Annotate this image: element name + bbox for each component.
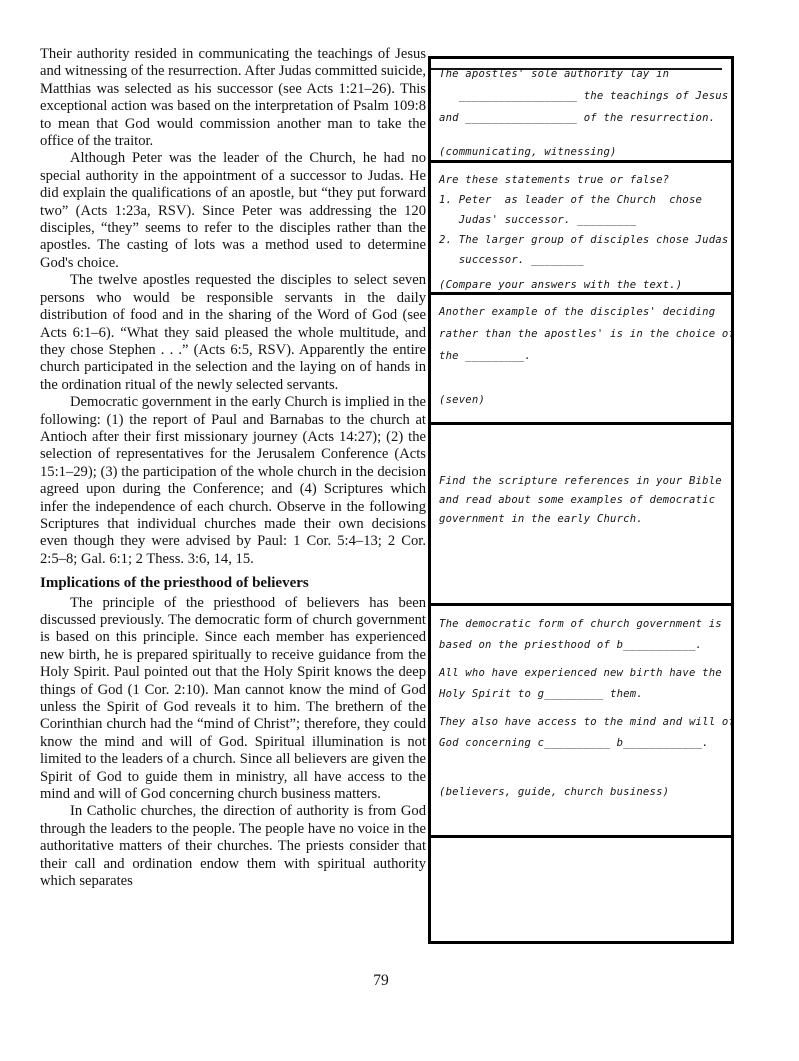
typewriter-line (439, 367, 726, 378)
scan-artifact-rule (431, 68, 722, 70)
exercise-box-true-or-false: Are these statements true or false?1. Pe… (431, 160, 731, 292)
section-heading: Implications of the priesthood of believ… (40, 575, 426, 592)
exercise-box-another-example: Another example of the disciples' decidi… (431, 292, 731, 422)
typewriter-line: Are these statements true or false? (439, 170, 726, 190)
typewriter-line (439, 656, 726, 663)
typewriter-line: (communicating, witnessing) (439, 141, 726, 160)
body-paragraph: The principle of the priesthood of belie… (40, 595, 426, 804)
left-column: Their authority resided in communicating… (40, 46, 426, 891)
typewriter-line (439, 761, 726, 768)
scanned-book-page: Their authority resided in communicating… (0, 0, 799, 1061)
typewriter-line: rather than the apostles' is in the choi… (439, 323, 726, 345)
body-paragraph: The twelve apostles requested the discip… (40, 272, 426, 394)
typewriter-line: __________________ the teachings of Jesu… (439, 85, 726, 107)
typewriter-line (439, 705, 726, 712)
typewriter-line: The democratic form of church government… (439, 614, 726, 635)
typewriter-line: and read about some examples of democrat… (439, 491, 726, 510)
body-paragraph: Their authority resided in communicating… (40, 46, 426, 150)
typewriter-line: 1. Peter as leader of the Church chose (439, 190, 726, 210)
body-paragraph: Democratic government in the early Churc… (40, 394, 426, 568)
typewriter-line: Find the scripture references in your Bi… (439, 472, 726, 491)
typewriter-line: They also have access to the mind and wi… (439, 712, 726, 733)
exercise-panel: The apostles' sole authority lay in ____… (428, 56, 734, 944)
page-number: 79 (0, 972, 762, 990)
exercise-box-scripture-activity: Find the scripture references in your Bi… (431, 422, 731, 603)
typewriter-line: 2. The larger group of disciples chose J… (439, 230, 726, 250)
typewriter-line: God concerning c__________ b____________… (439, 733, 726, 754)
typewriter-line: (Compare your answers with the text.) (439, 275, 726, 292)
typewriter-line: (believers, guide, church business) (439, 782, 726, 803)
typewriter-line: successor. ________ (439, 250, 726, 270)
typewriter-line: Holy Spirit to g_________ them. (439, 684, 726, 705)
typewriter-line (439, 768, 726, 775)
typewriter-line: government in the early Church. (439, 510, 726, 529)
body-paragraph: Although Peter was the leader of the Chu… (40, 150, 426, 272)
typewriter-line: The apostles' sole authority lay in (439, 63, 726, 85)
typewriter-line (439, 754, 726, 761)
typewriter-line: Another example of the disciples' decidi… (439, 301, 726, 323)
typewriter-line: the _________. (439, 345, 726, 367)
exercise-box-priesthood: The democratic form of church government… (431, 603, 731, 835)
typewriter-line: All who have experienced new birth have … (439, 663, 726, 684)
typewriter-line (439, 129, 726, 141)
body-paragraph: In Catholic churches, the direction of a… (40, 803, 426, 890)
typewriter-line: (seven) (439, 389, 726, 411)
typewriter-line (439, 775, 726, 782)
typewriter-line: and _________________ of the resurrectio… (439, 107, 726, 129)
exercise-box-empty (431, 835, 731, 941)
typewriter-line (439, 378, 726, 389)
exercise-box-apostles-authority: The apostles' sole authority lay in ____… (431, 59, 731, 160)
typewriter-line: based on the priesthood of b___________. (439, 635, 726, 656)
typewriter-line: Judas' successor. _________ (439, 210, 726, 230)
